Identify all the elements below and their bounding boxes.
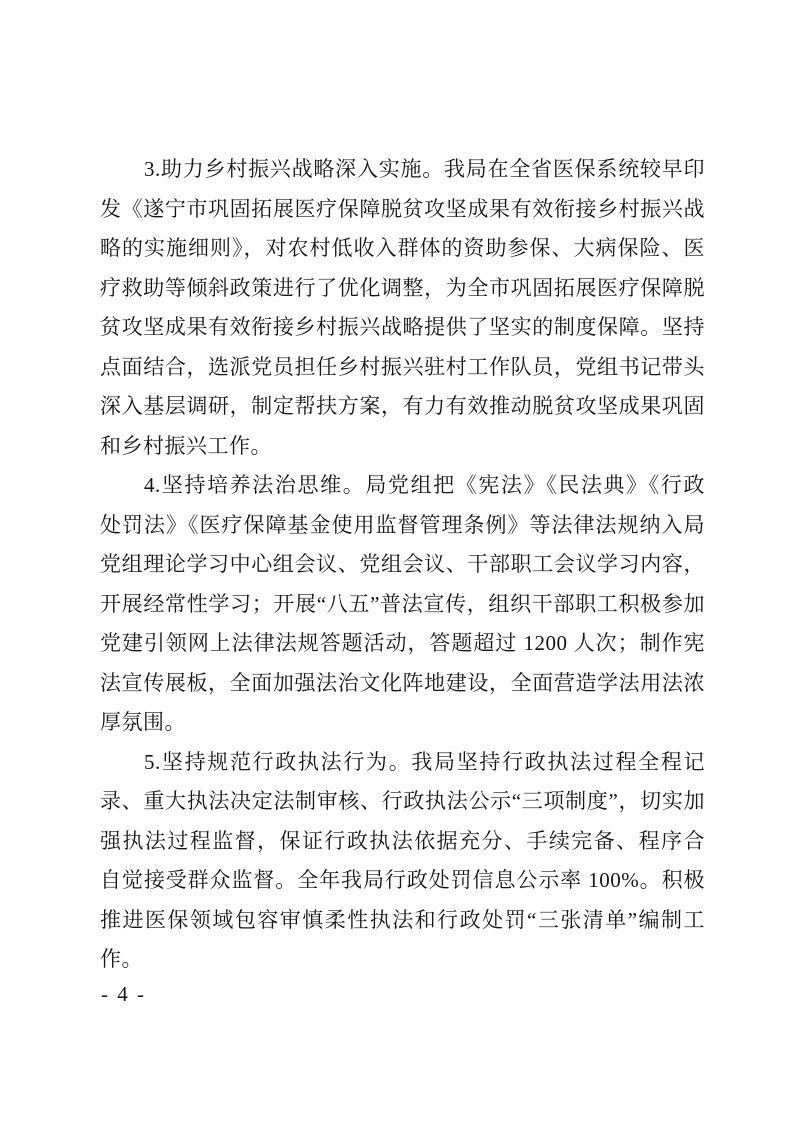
para5-line6: 作。	[100, 940, 705, 980]
para4-line1: 4.坚持培养法治思维。局党组把《宪法》《民法典》《行政	[100, 466, 705, 506]
para3-line8: 和乡村振兴工作。	[100, 427, 705, 467]
para5-line2: 录、重大执法决定法制审核、行政执法公示“三项制度”，切实加	[100, 782, 705, 822]
document-page: 3.助力乡村振兴战略深入实施。我局在全省医保系统较早印 发《遂宁市巩固拓展医疗保…	[0, 0, 793, 1122]
para5-line1: 5.坚持规范行政执法行为。我局坚持行政执法过程全程记	[100, 743, 705, 783]
para5-line3: 强执法过程监督，保证行政执法依据充分、手续完备、程序合法，	[100, 822, 705, 862]
para3-line6: 点面结合，选派党员担任乡村振兴驻村工作队员，党组书记带头	[100, 348, 705, 388]
para3-line7: 深入基层调研，制定帮扶方案，有力有效推动脱贫攻坚成果巩固	[100, 387, 705, 427]
para5-line5: 推进医保领域包容审慎柔性执法和行政处罚“三张清单”编制工	[100, 901, 705, 941]
document-body: 3.助力乡村振兴战略深入实施。我局在全省医保系统较早印 发《遂宁市巩固拓展医疗保…	[100, 150, 705, 980]
para4-line2: 处罚法》《医疗保障基金使用监督管理条例》等法律法规纳入局	[100, 506, 705, 546]
para4-line5: 党建引领网上法律法规答题活动，答题超过 1200 人次；制作宪	[100, 624, 705, 664]
page-number: - 4 -	[101, 981, 144, 1007]
para3-line3: 略的实施细则》，对农村低收入群体的资助参保、大病保险、医	[100, 229, 705, 269]
para3-line4: 疗救助等倾斜政策进行了优化调整，为全市巩固拓展医疗保障脱	[100, 269, 705, 309]
para4-line7: 厚氛围。	[100, 703, 705, 743]
para4-line4: 开展经常性学习；开展“八五”普法宣传，组织干部职工积极参加	[100, 585, 705, 625]
para5-line4: 自觉接受群众监督。全年我局行政处罚信息公示率 100%。积极	[100, 861, 705, 901]
para4-line3: 党组理论学习中心组会议、党组会议、干部职工会议学习内容，	[100, 545, 705, 585]
para3-line1: 3.助力乡村振兴战略深入实施。我局在全省医保系统较早印	[100, 150, 705, 190]
para4-line6: 法宣传展板，全面加强法治文化阵地建设，全面营造学法用法浓	[100, 664, 705, 704]
para3-line5: 贫攻坚成果有效衔接乡村振兴战略提供了坚实的制度保障。坚持	[100, 308, 705, 348]
para3-line2: 发《遂宁市巩固拓展医疗保障脱贫攻坚成果有效衔接乡村振兴战	[100, 190, 705, 230]
